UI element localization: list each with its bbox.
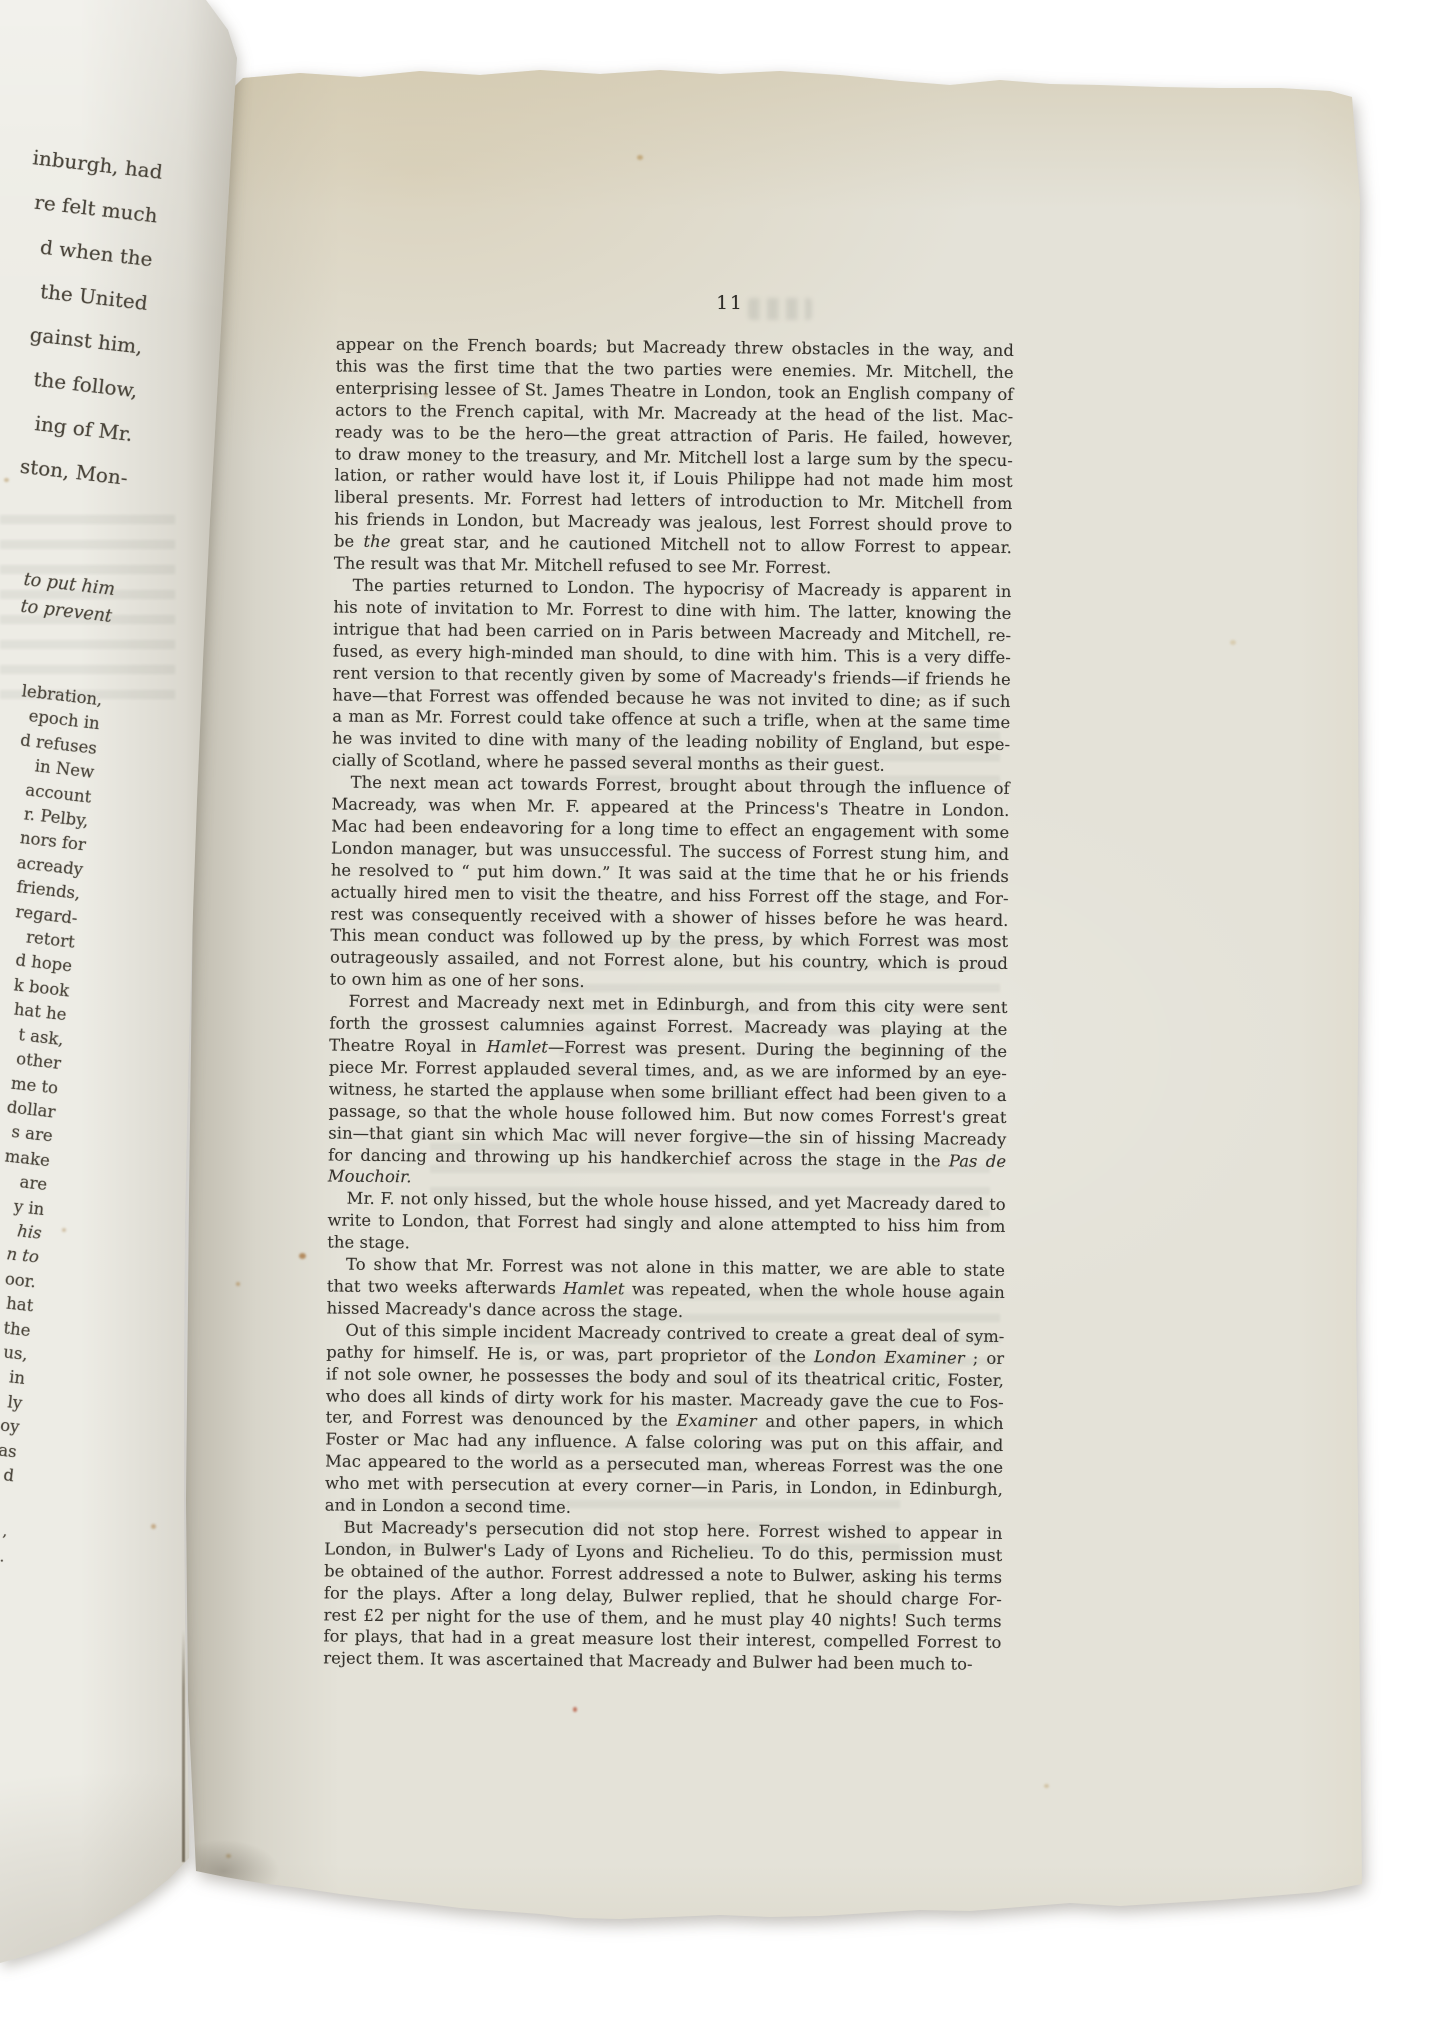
text-line: Mouchoir. bbox=[328, 1166, 1006, 1194]
text-line: hissed Macready's dance across the stage… bbox=[327, 1297, 1005, 1325]
paragraph: The next mean act towards Forrest, broug… bbox=[330, 772, 1010, 998]
text-line: sin—that giant sin which Mac will never … bbox=[328, 1122, 1006, 1150]
text-line: are bbox=[0, 1138, 48, 1197]
text-line: to prevent bbox=[0, 569, 113, 631]
text-line: and in London a second time. bbox=[325, 1494, 1003, 1522]
text-line: Mr. F. not only hissed, but the whole ho… bbox=[328, 1188, 1006, 1216]
text-line: piece Mr. Forrest applauded several time… bbox=[329, 1056, 1007, 1084]
text-line: his friends in London, but Macready was … bbox=[334, 509, 1012, 537]
text-line: y in bbox=[0, 1163, 46, 1222]
text-line: gainst him, bbox=[0, 290, 145, 369]
text-line: who does all kinds of dirty work for his… bbox=[326, 1385, 1004, 1413]
text-line: dollar bbox=[0, 1066, 57, 1125]
text-line: in bbox=[0, 1332, 26, 1391]
text-line: Macready, was when Mr. F. appeared at th… bbox=[331, 794, 1009, 822]
text-line: his note of invitation to Mr. Forrest to… bbox=[333, 596, 1011, 624]
text-line: retort bbox=[0, 896, 76, 955]
text-line: his bbox=[0, 1187, 43, 1246]
verso-fragment-group: ,. bbox=[0, 1483, 9, 1570]
verso-page: inburgh, hadre felt muchd when thethe Un… bbox=[0, 0, 1445, 2023]
text-line: lebration, bbox=[0, 653, 104, 712]
bleedthrough-text-ghost bbox=[560, 940, 1000, 1110]
text-line: d when the bbox=[0, 202, 155, 281]
text-line: ter, and Forrest was denounced by the Ex… bbox=[326, 1407, 1004, 1435]
text-line: inburgh, had bbox=[0, 115, 165, 194]
foxing-spot bbox=[573, 1707, 577, 1712]
text-line: forth the grossest calumnies against For… bbox=[329, 1013, 1007, 1041]
text-line: actually hired men to visit the theatre,… bbox=[331, 881, 1009, 909]
text-line: London manager, but was unsuccessful. Th… bbox=[331, 837, 1009, 865]
paragraph: To show that Mr. Forrest was not alone i… bbox=[327, 1254, 1006, 1326]
text-line: epoch in bbox=[0, 678, 101, 737]
bleedthrough-text-ghost bbox=[430, 1143, 990, 1231]
bleedthrough-text-ghost bbox=[520, 1292, 1000, 1472]
text-line: ston, Mon- bbox=[0, 421, 130, 500]
text-line: reject them. It was ascertained that Mac… bbox=[323, 1648, 1001, 1676]
text-line: for plays, that had in a great measure l… bbox=[323, 1626, 1001, 1654]
text-line: oy bbox=[0, 1381, 21, 1440]
text-line: in New bbox=[0, 726, 95, 785]
text-line: London, in Bulwer's Lady of Lyons and Ri… bbox=[324, 1538, 1002, 1566]
text-line: rest was consequently received with a sh… bbox=[330, 903, 1008, 931]
main-text-block: appear on the French boards; but Macread… bbox=[323, 333, 1014, 1676]
text-line: d hope bbox=[0, 920, 73, 979]
text-line: Mac appeared to the world as a persecute… bbox=[325, 1451, 1003, 1479]
text-line: account bbox=[0, 750, 93, 809]
text-line: ready was to be the hero—the great attra… bbox=[335, 421, 1013, 449]
text-line: to own him as one of her sons. bbox=[330, 969, 1008, 997]
text-line: pathy for himself. He is, or was, part p… bbox=[326, 1341, 1004, 1369]
text-line: ing of Mr. bbox=[0, 377, 135, 456]
text-line: the bbox=[0, 1284, 32, 1343]
foxing-spot bbox=[424, 393, 428, 397]
paragraph: Mr. F. not only hissed, but the whole ho… bbox=[327, 1188, 1006, 1260]
text-line: rent version to that recently given by s… bbox=[333, 662, 1011, 690]
text-line: regard- bbox=[0, 872, 79, 931]
text-line: Forrest and Macready next met in Edinbur… bbox=[330, 991, 1008, 1019]
text-line: he was invited to dine with many of the … bbox=[332, 728, 1010, 756]
text-line: s are bbox=[0, 1090, 54, 1149]
text-line: be the great star, and he cautioned Mitc… bbox=[334, 531, 1012, 559]
text-line: t ask, bbox=[0, 993, 65, 1052]
text-line: this was the first time that the two par… bbox=[336, 355, 1014, 383]
gutter-crease-line bbox=[182, 1630, 185, 1862]
gutter-shadow bbox=[186, 1800, 336, 1895]
text-line: appear on the French boards; but Macread… bbox=[336, 333, 1014, 361]
text-line: the stage. bbox=[327, 1232, 1005, 1260]
text-line: To show that Mr. Forrest was not alone i… bbox=[327, 1254, 1005, 1282]
text-line: acready bbox=[0, 823, 84, 882]
text-line: as bbox=[0, 1405, 18, 1464]
text-line: be obtained of the author. Forrest addre… bbox=[324, 1560, 1002, 1588]
verso-fragment-group: inburgh, hadre felt muchd when thethe Un… bbox=[0, 115, 165, 500]
text-line: hat he bbox=[0, 969, 68, 1028]
text-line: ly bbox=[0, 1357, 24, 1416]
text-line: cially of Scotland, where he passed seve… bbox=[332, 750, 1010, 778]
text-line: me to bbox=[0, 1041, 59, 1100]
text-line: liberal presents. Mr. Forrest had letter… bbox=[334, 487, 1012, 515]
verso-text-fragments: inburgh, hadre felt muchd when thethe Un… bbox=[0, 115, 165, 1570]
text-line: enterprising lessee of St. James Theatre… bbox=[335, 377, 1013, 405]
recto-page: 11 appear on the French boards; but Macr… bbox=[0, 0, 1445, 2023]
text-line: he resolved to “ put him down.” It was s… bbox=[331, 859, 1009, 887]
paragraph: appear on the French boards; but Macread… bbox=[334, 333, 1014, 580]
paragraph: The parties returned to London. The hypo… bbox=[332, 574, 1012, 778]
text-line: intrigue that had been carried on in Par… bbox=[333, 618, 1011, 646]
text-line: rest £2 per night for the use of them, a… bbox=[324, 1604, 1002, 1632]
text-line: Out of this simple incident Macready con… bbox=[326, 1319, 1004, 1347]
text-line: for dancing and throwing up his handkerc… bbox=[328, 1144, 1006, 1172]
text-line: lation, or rather would have lost it, if… bbox=[335, 465, 1013, 493]
text-line: hat bbox=[0, 1260, 35, 1319]
text-line: to put him bbox=[0, 542, 116, 604]
text-line: , bbox=[0, 1483, 9, 1544]
foxing-spot bbox=[151, 1524, 156, 1529]
foxing-spot bbox=[226, 1854, 231, 1858]
text-line: The result was that Mr. Mitchell refused… bbox=[334, 553, 1012, 581]
bleedthrough-page-number-ghost bbox=[748, 298, 812, 320]
text-line: oor. bbox=[0, 1235, 37, 1294]
foxing-spot bbox=[1243, 74, 1248, 78]
foxing-spot bbox=[637, 155, 643, 160]
verso-fragment-group: to put himto prevent bbox=[0, 542, 116, 631]
recto-page-wrapper: 11 appear on the French boards; but Macr… bbox=[0, 0, 1445, 2023]
text-line: Theatre Royal in Hamlet—Forrest was pres… bbox=[329, 1034, 1007, 1062]
bleedthrough-text-ghost bbox=[340, 1500, 900, 1560]
text-line: . bbox=[0, 1509, 6, 1570]
text-line: a man as Mr. Forrest could take offence … bbox=[332, 706, 1010, 734]
text-line: n to bbox=[0, 1211, 40, 1270]
text-line: write to London, that Forrest had singly… bbox=[327, 1210, 1005, 1238]
text-line: But Macready's persecution did not stop … bbox=[324, 1516, 1002, 1544]
text-line: the United bbox=[0, 246, 150, 325]
foxing-spot bbox=[4, 478, 9, 482]
text-line: us, bbox=[0, 1308, 29, 1367]
text-line: the follow, bbox=[0, 333, 140, 412]
text-line: nors for bbox=[0, 799, 87, 858]
paragraph: But Macready's persecution did not stop … bbox=[323, 1516, 1002, 1676]
page-number: 11 bbox=[706, 293, 754, 314]
text-line: to draw money to the treasury, and Mr. M… bbox=[335, 443, 1013, 471]
paragraph: Forrest and Macready next met in Edinbur… bbox=[328, 991, 1008, 1195]
text-line: r. Pelby, bbox=[0, 775, 90, 834]
paragraph: Out of this simple incident Macready con… bbox=[325, 1319, 1005, 1523]
text-line: actors to the French capital, with Mr. M… bbox=[335, 399, 1013, 427]
verso-page-wrapper: inburgh, hadre felt muchd when thethe Un… bbox=[0, 0, 1445, 2023]
text-line: friends, bbox=[0, 847, 82, 906]
scanned-book-photo: { "page": { "number": "11" }, "left_page… bbox=[0, 0, 1445, 2023]
foxing-spot bbox=[299, 1253, 306, 1259]
text-line: that two weeks afterwards Hamlet was rep… bbox=[327, 1275, 1005, 1303]
text-line: d refuses bbox=[0, 702, 98, 761]
foxing-spot bbox=[1230, 640, 1236, 645]
text-line: outrageously assailed, and not Forrest a… bbox=[330, 947, 1008, 975]
text-line: k book bbox=[0, 944, 70, 1003]
text-line: d bbox=[0, 1429, 15, 1488]
text-line: re felt much bbox=[0, 159, 160, 238]
text-line: passage, so that the whole house followe… bbox=[328, 1100, 1006, 1128]
bleedthrough-text-ghost bbox=[600, 688, 1000, 788]
text-line: The next mean act towards Forrest, broug… bbox=[332, 772, 1010, 800]
verso-fragment-group: lebration,epoch ind refusesin Newaccount… bbox=[0, 653, 104, 1488]
text-line: This mean conduct was followed up by the… bbox=[330, 925, 1008, 953]
text-line: witness, he started the applause when so… bbox=[329, 1078, 1007, 1106]
text-line: if not sole owner, he possesses the body… bbox=[326, 1363, 1004, 1391]
text-line: who met with persecution at every corner… bbox=[325, 1473, 1003, 1501]
text-line: make bbox=[0, 1114, 51, 1173]
text-line: Foster or Mac had any influence. A false… bbox=[325, 1429, 1003, 1457]
bleedthrough-text-ghost bbox=[0, 515, 175, 710]
text-line: The parties returned to London. The hypo… bbox=[334, 574, 1012, 602]
text-line: Mac had been endeavoring for a long time… bbox=[331, 815, 1009, 843]
text-line: have—that Forrest was offended because h… bbox=[332, 684, 1010, 712]
foxing-spot bbox=[62, 1228, 66, 1232]
text-line: fused, as every high-minded man should, … bbox=[333, 640, 1011, 668]
foxing-spot bbox=[962, 30, 970, 36]
text-line: other bbox=[0, 1017, 62, 1076]
foxing-spot bbox=[236, 1282, 240, 1286]
text-line: for the plays. After a long delay, Bulwe… bbox=[324, 1582, 1002, 1610]
foxing-spot bbox=[1044, 1784, 1049, 1788]
